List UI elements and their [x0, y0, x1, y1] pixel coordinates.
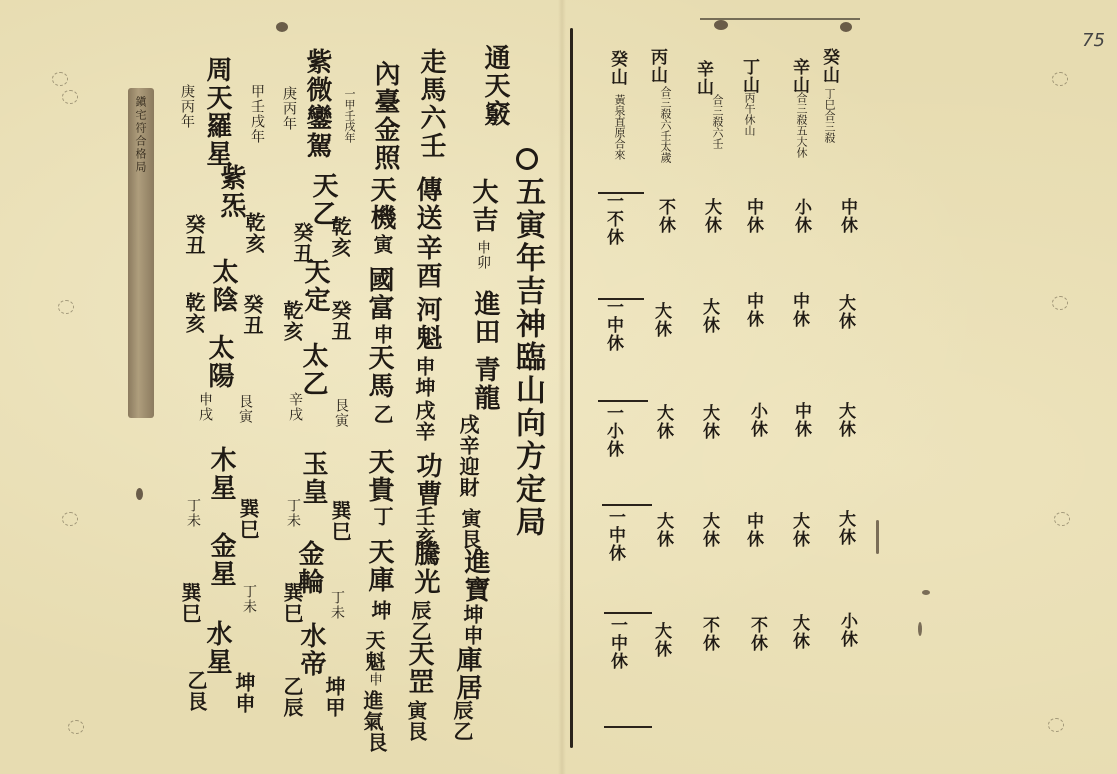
header-col-3-note: 丙午休山	[744, 92, 755, 136]
entry-mu-xing: 木星	[208, 446, 234, 502]
circle-marker-icon	[516, 148, 538, 170]
entry-note: 乾亥	[244, 212, 264, 254]
entry-note: 巽巳	[180, 582, 200, 624]
cell: 中休	[744, 292, 761, 328]
entry-note: 乙辰	[282, 676, 302, 718]
ink-mark	[922, 590, 930, 595]
title-zou-ma-liu-ren: 走馬六壬	[418, 48, 444, 160]
entry-note: 丁	[372, 506, 392, 527]
entry-note: 丁未	[286, 498, 300, 528]
page-number: 75	[1082, 30, 1105, 51]
entry-note: 乾亥	[282, 300, 302, 342]
title-note: 庚丙年	[180, 84, 194, 129]
entry-tai-yin: 太陰	[210, 258, 236, 314]
row-rule	[598, 298, 644, 300]
cell: 一小休	[604, 404, 621, 458]
entry-note: 艮寅	[334, 398, 348, 428]
ink-stain	[136, 488, 143, 500]
entry-tai-yang: 太陽	[206, 334, 232, 390]
entry-note: 巽巳	[282, 582, 302, 624]
entry-note: 寅	[372, 234, 392, 255]
header-col-4-note: 合三殺六壬	[712, 94, 723, 149]
entry-ying-cai: 迎財	[458, 456, 478, 498]
entry-note: 申	[368, 672, 382, 687]
entry-note: 艮寅	[238, 394, 252, 424]
entry-note: 寅艮	[406, 700, 426, 742]
entry-yu-huang: 玉皇	[300, 450, 326, 506]
entry-jin-tian: 進田	[472, 290, 498, 346]
header-col-4: 辛山	[694, 60, 711, 96]
row-rule	[598, 400, 648, 402]
entry-note: 申卯	[476, 240, 490, 270]
entry-note: 坤申	[462, 604, 482, 646]
cell: 大休	[652, 622, 669, 658]
cell: 小休	[748, 402, 765, 438]
cell: 大休	[654, 512, 671, 548]
entry-jin-bao: 進寶	[462, 548, 488, 604]
header-col-2-note: 合三殺五大休	[796, 92, 807, 158]
entry-tian-ding: 天定	[302, 258, 328, 314]
entry-note: 戌辛	[458, 414, 478, 456]
ink-stain	[276, 22, 288, 32]
row-rule	[598, 192, 644, 194]
title-tong-tian-qiao: 通天竅	[482, 44, 508, 128]
cell: 一中休	[608, 616, 625, 670]
entry-tian-ma: 天馬	[366, 344, 392, 400]
entry-note: 巽巳	[330, 500, 350, 542]
punch-hole	[62, 90, 78, 104]
punch-hole	[1054, 512, 1070, 526]
entry-dai-ji: 大吉	[470, 178, 496, 234]
title-zhou-tian-luo-xing: 周天羅星	[204, 56, 230, 168]
entry-shui-di: 水帝	[298, 622, 324, 678]
entry-note: 乾亥	[184, 292, 204, 334]
entry-note: 癸丑	[184, 214, 204, 256]
entry-tian-ku: 天庫	[366, 538, 392, 594]
entry-qing-long: 青龍	[472, 356, 498, 412]
entry-note: 巽巳	[238, 498, 258, 540]
cell: 一中休	[606, 508, 623, 562]
punch-hole	[68, 720, 84, 734]
cell: 大休	[700, 298, 717, 334]
entry-note: 癸丑	[330, 300, 350, 342]
header-col-1: 癸山	[820, 48, 837, 84]
entry-tian-gui: 天貴	[366, 448, 392, 504]
cell: 大休	[790, 614, 807, 650]
cell: 不休	[700, 616, 717, 652]
entry-guo-fu: 國富	[366, 266, 392, 322]
cell: 大休	[836, 402, 853, 438]
entry-note: 丁未	[186, 498, 200, 528]
header-col-5-note: 合三殺六壬太歲	[660, 86, 671, 163]
cell: 大休	[652, 302, 669, 338]
entry-note: 寅艮	[460, 508, 480, 550]
entry-note: 艮	[366, 732, 386, 753]
entry-note: 癸丑	[242, 294, 262, 336]
cell: 中休	[838, 198, 855, 234]
entry-note: 申坤	[414, 356, 434, 398]
cell: 大休	[700, 512, 717, 548]
ink-mark	[876, 520, 879, 554]
entry-chuan-song: 傳送	[414, 176, 440, 232]
cell: 大休	[702, 198, 719, 234]
entry-note: 辰乙	[410, 600, 430, 642]
ink-stain	[714, 20, 728, 30]
entry-note: 坤申	[234, 672, 254, 714]
entry-note: 申戌	[198, 392, 212, 422]
entry-gong-cao: 功曹	[414, 452, 440, 508]
cell: 不休	[656, 198, 673, 234]
ink-mark	[918, 622, 922, 636]
cell: 小休	[792, 198, 809, 234]
punch-hole	[1052, 296, 1068, 310]
entry-he-kui: 河魁	[414, 296, 440, 352]
entry-note: 辛酉	[414, 234, 440, 290]
entry-ku-ju: 庫居	[454, 646, 480, 702]
entry-note: 乙	[372, 404, 392, 425]
header-col-1-note: 丁巳合三殺	[824, 88, 835, 143]
punch-hole	[62, 512, 78, 526]
entry-note: 辰乙	[452, 700, 472, 742]
punch-hole	[1052, 72, 1068, 86]
title-nei-tai-jin-zhao: 內臺金照	[372, 60, 398, 172]
cell: 不休	[748, 616, 765, 652]
center-divider-line	[570, 28, 573, 748]
entry-tian-kui: 天魁	[364, 630, 384, 672]
top-rule	[700, 18, 860, 20]
entry-note: 丁未	[330, 590, 344, 620]
ink-stain	[840, 22, 852, 32]
title-note: 庚丙年	[282, 86, 296, 131]
title-note: 一甲壬戌年	[344, 88, 355, 143]
entry-shui-xing: 水星	[204, 620, 230, 676]
entry-teng-guang: 騰光	[412, 540, 438, 596]
row-rule	[602, 504, 652, 506]
entry-zi-qi: 紫炁	[218, 164, 244, 220]
cell: 小休	[838, 612, 855, 648]
row-rule	[604, 612, 652, 614]
title-note: 甲壬戌年	[250, 84, 264, 144]
cell: 中休	[744, 512, 761, 548]
cell: 中休	[744, 198, 761, 234]
entry-tai-yi: 太乙	[300, 342, 326, 398]
cell: 一不休	[604, 192, 621, 246]
cell: 大休	[654, 404, 671, 440]
header-col-3: 丁山	[740, 58, 757, 94]
cell: 中休	[790, 292, 807, 328]
entry-note: 丁未	[242, 584, 256, 614]
row-rule	[604, 726, 652, 728]
entry-note: 坤	[370, 600, 390, 621]
entry-tian-gang: 天罡	[406, 640, 432, 696]
entry-tian-ji: 天機	[368, 176, 394, 232]
punch-hole	[58, 300, 74, 314]
cell: 一中休	[604, 298, 621, 352]
entry-note: 申	[372, 324, 392, 345]
cell: 大休	[790, 512, 807, 548]
cell: 中休	[792, 402, 809, 438]
cell: 大休	[836, 294, 853, 330]
header-col-6-note: 黃泉直原合來	[614, 94, 625, 160]
entry-note: 戌辛	[414, 400, 434, 442]
cell: 大休	[700, 404, 717, 440]
header-col-6: 癸山	[608, 50, 625, 86]
entry-jin-qi: 進氣	[362, 690, 382, 732]
heading: 五寅年吉神臨山向方定局	[512, 148, 542, 539]
cell: 大休	[836, 510, 853, 546]
page-fold	[558, 0, 566, 774]
title-zi-wei-luan-jia: 紫微鑾駕	[304, 48, 330, 160]
entry-jin-xing: 金星	[208, 532, 234, 588]
header-col-5: 丙山	[648, 48, 665, 84]
entry-note: 乾亥	[330, 216, 350, 258]
punch-hole	[1048, 718, 1064, 732]
header-col-2: 辛山	[790, 58, 807, 94]
punch-hole	[52, 72, 68, 86]
entry-note: 乙艮	[186, 670, 206, 712]
entry-note: 坤甲	[324, 676, 344, 718]
entry-note: 辛戌	[288, 392, 302, 422]
binding-strip-text: 鎭宅符合格局	[132, 96, 148, 174]
